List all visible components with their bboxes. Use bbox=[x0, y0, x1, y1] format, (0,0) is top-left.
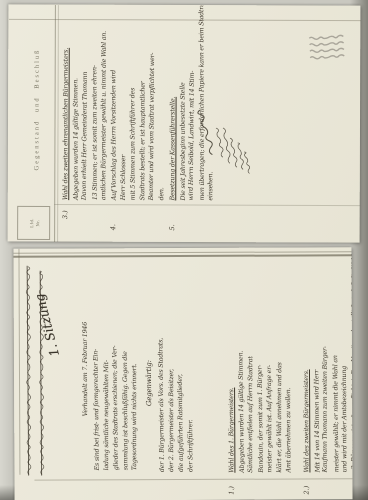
handwritten-line: Beamter und wird vom Stadtrat verpflicht… bbox=[146, 52, 157, 200]
form-rule bbox=[18, 249, 20, 475]
item-lines: Abgegeben wurden 14 gültige Stimmen.Sämt… bbox=[236, 351, 294, 473]
handwritten-line: den. bbox=[156, 52, 166, 200]
protocol-page-1: 1. Sitzung Verhandelt am 7. Februar 1946… bbox=[13, 247, 352, 500]
present-lines: der 1. Bürgermeister als Vors. des Stadt… bbox=[157, 338, 196, 472]
handwritten-line: meister gewählt ist. Auf Anfrage er- bbox=[265, 351, 275, 473]
present-heading: Gegenwärtig: bbox=[145, 360, 155, 406]
handwritten-line: 13 Stimmen; er ist somit zum zweiten ehr… bbox=[89, 30, 99, 199]
handwritten-line: Es sind bei frist- und formgerechter Ein… bbox=[91, 346, 102, 471]
item-lines: Auf Vorschlag des Herrn Vorsitzenden wir… bbox=[109, 52, 167, 200]
item-lines: Abgegeben wurden 14 gültige Stimmen.Davo… bbox=[70, 30, 109, 199]
signature-mark bbox=[240, 150, 252, 175]
handwritten-line: sammlung ist beschlußfähig. Gegen die bbox=[120, 346, 130, 471]
handwritten-line: Davon erhielt Herr Gemeinderat Thomann bbox=[79, 30, 90, 199]
form-index-box: Lfd. Nr. bbox=[17, 205, 50, 239]
handwritten-line: Sämtliche entfielen auf Herrn Stadtrat bbox=[246, 351, 256, 473]
handwritten-line: Auf Vorschlag des Herrn Vorsitzenden wir… bbox=[109, 52, 119, 200]
form-rule bbox=[54, 204, 360, 206]
handwritten-line: Kaufmann Thomann zum zweiten Bürger- bbox=[321, 247, 331, 472]
protocol-page-2: Lfd. Nr. Gegenstand und Beschluß 3.) Wah… bbox=[8, 4, 361, 242]
handwritten-line: Herr Schlosser bbox=[118, 52, 129, 200]
item-number: 5. bbox=[168, 224, 178, 230]
handwritten-line: Stadtrats bestellt; er ist hauptamtliche… bbox=[137, 52, 147, 200]
item-heading: Wahl des zweiten ehrenamtlichen Bürgerme… bbox=[61, 30, 71, 199]
item-number: 2.) bbox=[302, 486, 312, 495]
item-3: 3.) Wahl des zweiten ehrenamtlichen Bürg… bbox=[61, 30, 109, 199]
handwritten-line: Amt übernehmen zu wollen. bbox=[284, 351, 294, 473]
scanned-document: Lfd. Nr. Gegenstand und Beschluß 3.) Wah… bbox=[0, 0, 368, 500]
item-1: 1.) Wahl des 1. Bürgermeisters. Abgegebe… bbox=[227, 351, 294, 473]
item-number: 4. bbox=[109, 224, 119, 230]
item-heading: Besetzung der Kassenführerstelle. bbox=[168, 4, 178, 200]
handwritten-line: „2. Bürgermeister“ verpflichtet. Der Vor… bbox=[349, 247, 352, 472]
item-lines: Die seit Jahresbeginn unbesetzte Stellew… bbox=[177, 4, 216, 200]
handwritten-line: men übertragen; die erforderlichen Papie… bbox=[196, 4, 206, 200]
handwritten-line: glieder des Stadtrats erschienen; die Ve… bbox=[110, 346, 121, 471]
form-rule bbox=[54, 5, 56, 242]
handwritten-line: wird Herrn Seibold, Landwirt, mit 14 Sti… bbox=[186, 4, 197, 200]
handwritten-line: der 1. Bürgermeister als Vors. des Stadt… bbox=[156, 338, 167, 472]
form-index-label: Lfd. bbox=[29, 206, 35, 238]
handwritten-line: meister gewählt; er nimmt die Wahl an bbox=[329, 247, 342, 472]
handwritten-line: Tagesordnung wird nichts erinnert. bbox=[130, 346, 140, 471]
present-list: der 1. Bürgermeister als Vors. des Stadt… bbox=[157, 338, 196, 472]
ink-stamp bbox=[306, 29, 349, 61]
handwritten-line: Die seit Jahresbeginn unbesetzte Stelle bbox=[177, 4, 187, 200]
handwritten-line: mit 5 Stimmen zum Schriftführer des bbox=[128, 52, 138, 200]
form-rule bbox=[57, 5, 59, 242]
form-rule bbox=[34, 478, 352, 480]
item-number: 1.) bbox=[227, 486, 237, 495]
item-4: 4. Auf Vorschlag des Herrn Vorsitzenden … bbox=[109, 52, 167, 200]
item-5: 5. Besetzung der Kassenführerstelle. Die… bbox=[168, 4, 216, 200]
handwritten-line: die aufgeführten Ratsmitglieder, bbox=[175, 338, 186, 472]
handwritten-line: der Schriftführer. bbox=[185, 338, 195, 472]
item-lines: Mit 14 von 14 Stimmen wird HerrKaufmann … bbox=[311, 247, 353, 472]
item-number: 3.) bbox=[61, 210, 71, 219]
item-2: 2.) Wahl des zweiten Bürgermeisters. Mit… bbox=[301, 247, 352, 472]
date-line: Verhandelt am 7. Februar 1946 bbox=[81, 322, 91, 416]
handwritten-line: klärt er, die Wahl annehmen und das bbox=[275, 351, 285, 473]
intro-lines: Es sind bei frist- und formgerechter Ein… bbox=[92, 345, 140, 470]
item-heading: Wahl des 1. Bürgermeisters. bbox=[227, 351, 237, 473]
form-index-label: Nr. bbox=[34, 206, 40, 238]
handwritten-line: Abgegeben wurden 14 gültige Stimmen. bbox=[70, 30, 80, 199]
handwritten-line: Bandouin, der somit zum 1. Bürger- bbox=[255, 351, 266, 473]
form-header-label: Gegenstand und Beschluß bbox=[33, 21, 41, 196]
intro-paragraph: Es sind bei frist- und formgerechter Ein… bbox=[92, 345, 140, 470]
signature-block bbox=[8, 4, 9, 241]
